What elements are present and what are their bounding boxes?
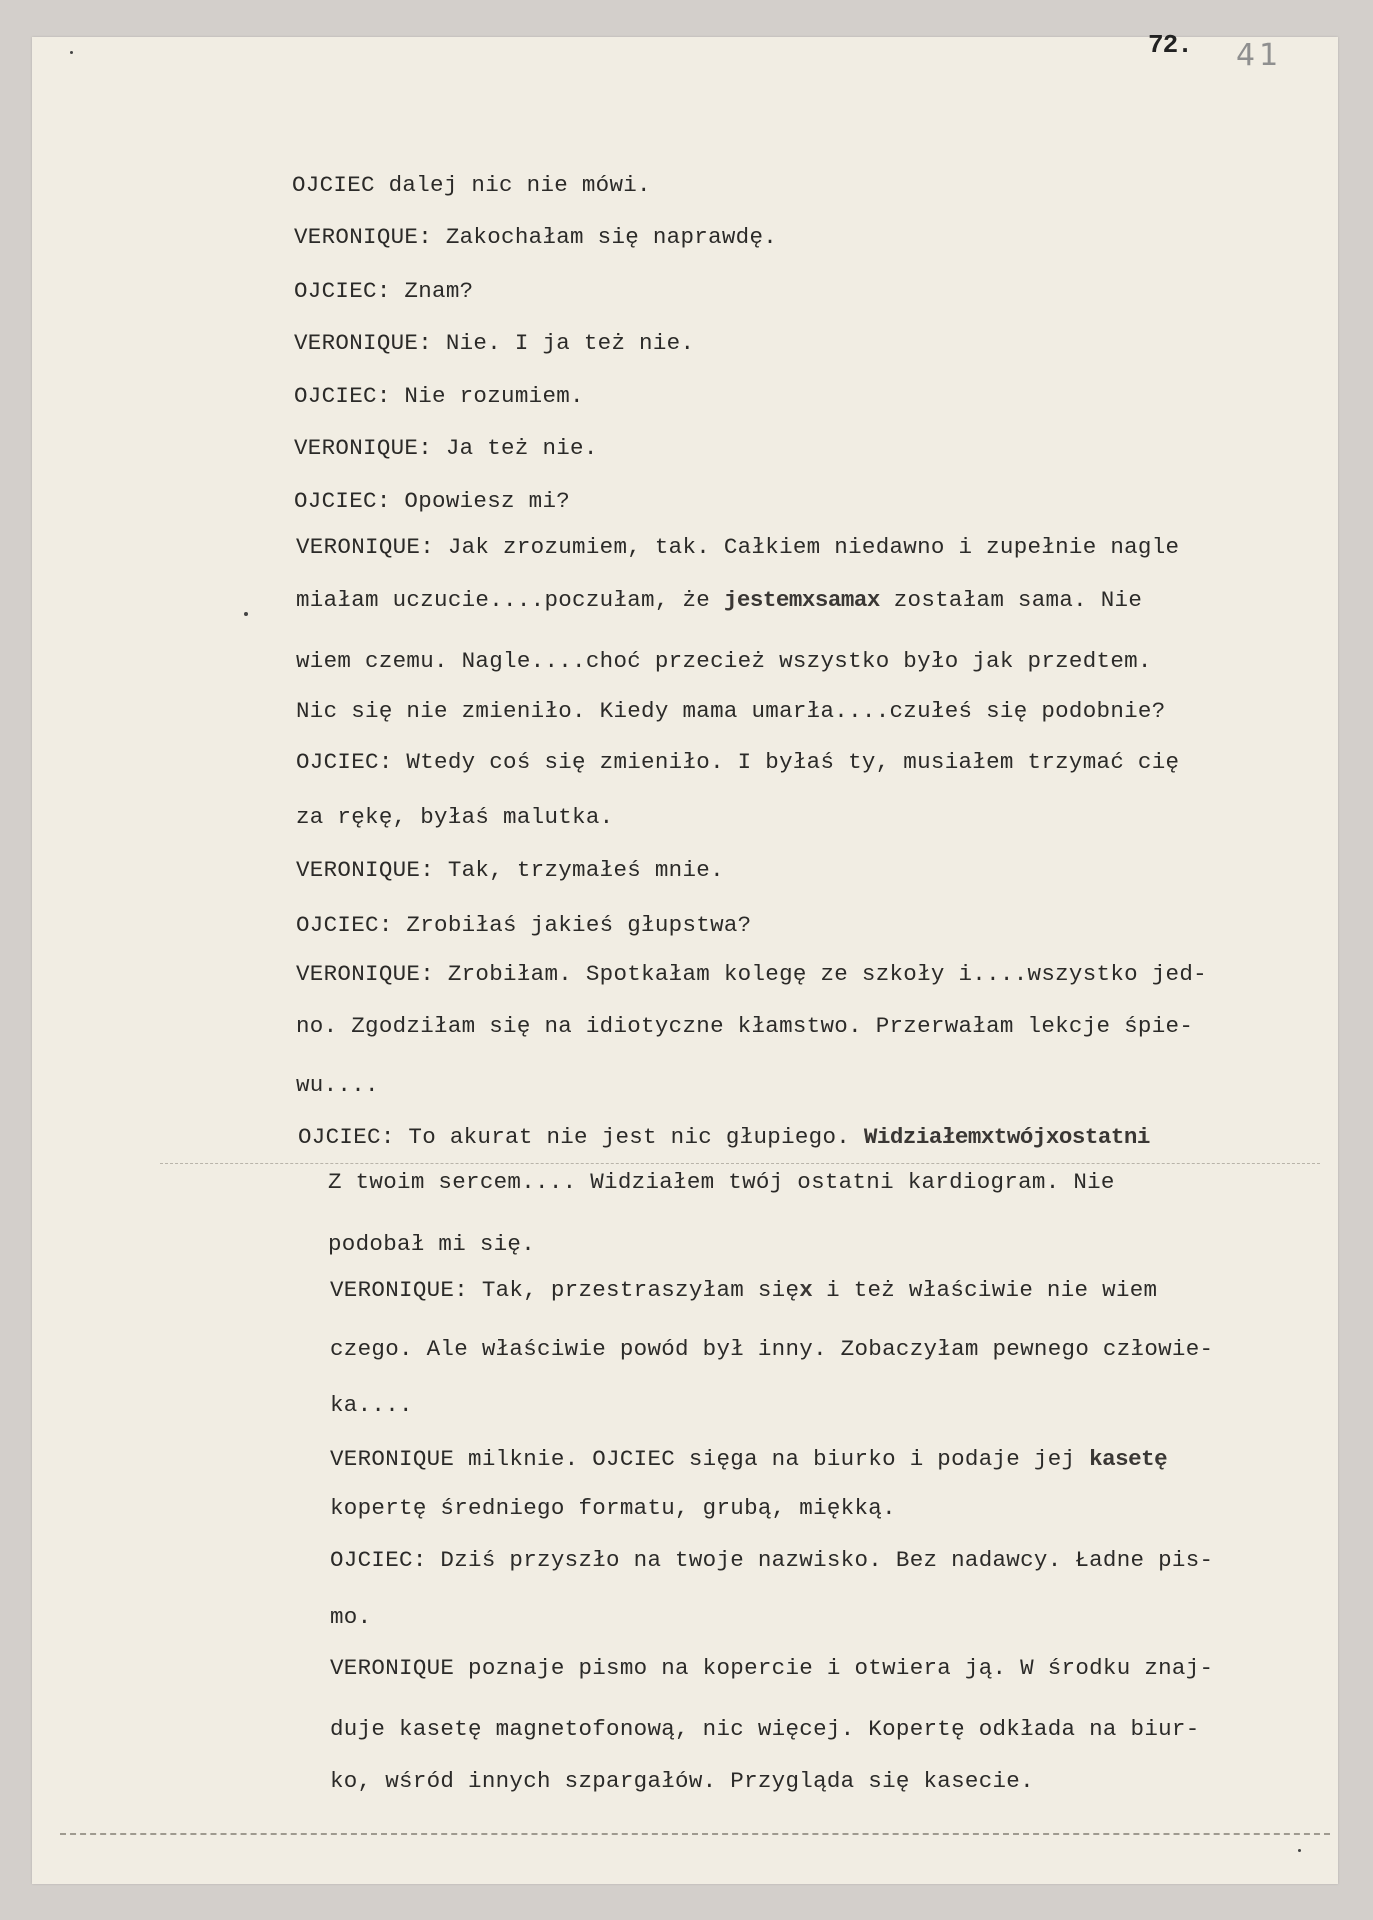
script-line: VERONIQUE: Nie. I ja też nie.	[294, 330, 694, 356]
script-line: kopertę średniego formatu, grubą, miękką…	[330, 1495, 896, 1521]
line-text: VERONIQUE milknie. OJCIEC sięga na biurk…	[330, 1446, 1089, 1472]
struck-out-text: kasetę	[1089, 1446, 1167, 1472]
script-line: OJCIEC: Opowiesz mi?	[294, 488, 570, 514]
script-line: ka....	[330, 1392, 413, 1418]
script-line: VERONIQUE: Zrobiłam. Spotkałam kolegę ze…	[296, 961, 1207, 987]
script-line: ko, wśród innych szpargałów. Przygląda s…	[330, 1768, 1034, 1794]
script-line: duje kasetę magnetofonową, nic więcej. K…	[330, 1716, 1200, 1742]
script-line-with-strikeout: VERONIQUE: Tak, przestraszyłam sięx i te…	[330, 1277, 1157, 1303]
script-line: Z twoim sercem.... Widziałem twój ostatn…	[328, 1169, 1115, 1195]
script-line: OJCIEC: Zrobiłaś jakieś głupstwa?	[296, 912, 751, 938]
typed-page-number: 72.	[1148, 30, 1192, 60]
script-line-with-strikeout: miałam uczucie....poczułam, że jestemxsa…	[296, 587, 1142, 613]
line-text: OJCIEC: To akurat nie jest nic głupiego.	[298, 1124, 864, 1150]
script-line: OJCIEC: Wtedy coś się zmieniło. I byłaś …	[296, 749, 1179, 775]
script-line-with-strikeout: VERONIQUE milknie. OJCIEC sięga na biurk…	[330, 1446, 1167, 1472]
paper-speck	[1298, 1849, 1301, 1852]
line-text: i też właściwie nie wiem	[812, 1277, 1157, 1303]
pencil-archive-number: 41	[1236, 38, 1282, 73]
line-text: zostałam sama. Nie	[880, 587, 1142, 613]
script-line: OJCIEC: Znam?	[294, 278, 473, 304]
script-line: VERONIQUE: Zakochałam się naprawdę.	[294, 224, 777, 250]
script-line: za rękę, byłaś malutka.	[296, 804, 613, 830]
script-line: VERONIQUE: Ja też nie.	[294, 435, 598, 461]
script-line: VERONIQUE poznaje pismo na kopercie i ot…	[330, 1655, 1213, 1681]
script-line: wiem czemu. Nagle....choć przecież wszys…	[296, 648, 1152, 674]
script-line: OJCIEC dalej nic nie mówi.	[292, 172, 651, 198]
script-line: Nic się nie zmieniło. Kiedy mama umarła.…	[296, 698, 1166, 724]
script-line: czego. Ale właściwie powód był inny. Zob…	[330, 1336, 1213, 1362]
script-line: VERONIQUE: Jak zrozumiem, tak. Całkiem n…	[296, 534, 1179, 560]
script-line-with-strikeout: OJCIEC: To akurat nie jest nic głupiego.…	[298, 1124, 1150, 1150]
pasted-strip-edge	[160, 1163, 1320, 1164]
script-line: no. Zgodziłam się na idiotyczne kłamstwo…	[296, 1013, 1193, 1039]
script-line: OJCIEC: Nie rozumiem.	[294, 383, 584, 409]
struck-out-text: Widziałemxtwójxostatni	[864, 1124, 1150, 1150]
script-line: OJCIEC: Dziś przyszło na twoje nazwisko.…	[330, 1547, 1213, 1573]
script-line: podobał mi się.	[328, 1231, 535, 1257]
pasted-strip-edge-bottom	[60, 1833, 1330, 1835]
line-text: VERONIQUE: Tak, przestraszyłam się	[330, 1277, 799, 1303]
script-line: mo.	[330, 1604, 371, 1630]
paper-speck	[70, 51, 73, 54]
script-line: wu....	[296, 1072, 379, 1098]
line-text: miałam uczucie....poczułam, że	[296, 587, 724, 613]
struck-out-text: jestemxsamax	[724, 587, 880, 613]
margin-mark	[244, 612, 248, 616]
struck-out-text: x	[799, 1277, 812, 1303]
script-line: VERONIQUE: Tak, trzymałeś mnie.	[296, 857, 724, 883]
